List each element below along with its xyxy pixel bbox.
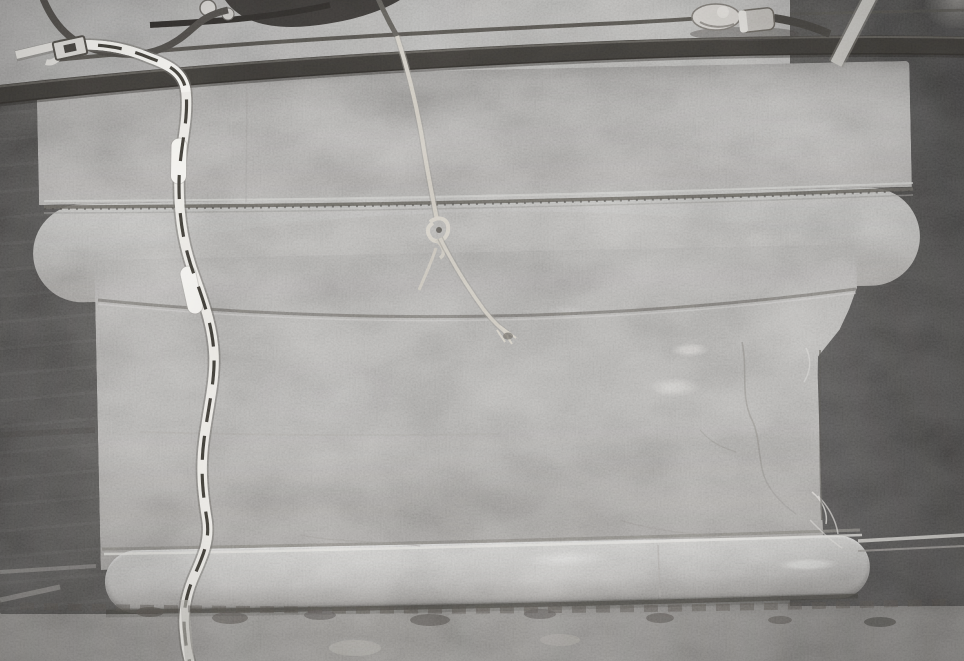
photo-grain bbox=[0, 0, 964, 661]
photograph bbox=[0, 0, 964, 661]
photo-detail-overlay bbox=[0, 0, 964, 661]
